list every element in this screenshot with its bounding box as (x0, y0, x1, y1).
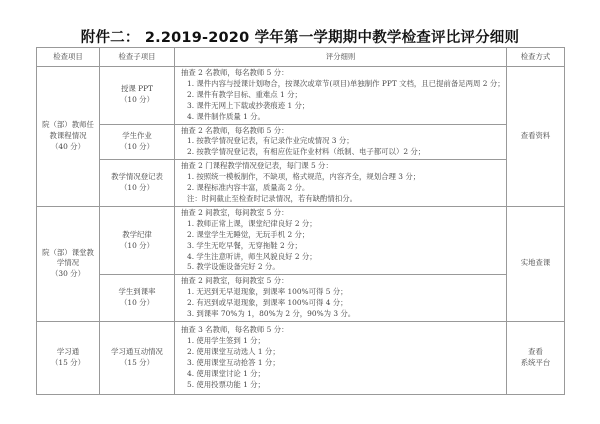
sub-item-cell: 学生到课率（10 分） (100, 275, 175, 322)
scoring-criterion: 1. 按照统一模板制作，不缺项，格式规范，内容齐全，规划合理 3 分； (181, 172, 506, 183)
check-method-text: 实地查课 (507, 258, 564, 269)
scoring-criterion: 5. 使用投票功能 1 分； (181, 380, 506, 391)
header-scoring-details: 评分细则 (175, 48, 507, 67)
scoring-table: 检查项目 检查子项目 评分细则 检查方式 院（部）教师任教课程情况（40 分）授… (36, 47, 565, 395)
scoring-criterion: 2. 课程标准内容丰富，质量高 2 分。 (181, 183, 506, 194)
check-item-text: （15 分） (37, 358, 99, 369)
check-item-text: 院（部）教师任 (37, 120, 99, 131)
scoring-criterion: 1. 使用学生签到 1 分； (181, 336, 506, 347)
header-check-item: 检查项目 (37, 48, 100, 67)
check-method-text: 查看资料 (507, 131, 564, 142)
sub-item-text: （10 分） (100, 241, 174, 252)
sub-item-text: （15 分） (100, 358, 174, 369)
check-item-text: 学情况 (37, 258, 99, 269)
scoring-criterion: 2. 课堂学生无睡觉，无玩手机 2 分； (181, 230, 506, 241)
check-item-text: 教课程情况 (37, 131, 99, 142)
check-method-text: 查看 (507, 347, 564, 358)
scoring-detail-cell: 抽查 2 名教师，每名教师 5 分：1. 按教学情况登记表，有记录作业完成情况 … (175, 124, 507, 160)
check-item-cell: 院（部）课堂教学情况（30 分） (37, 206, 100, 321)
header-check-method: 检查方式 (507, 48, 565, 67)
scoring-criterion: 4. 使用课堂讨论 1 分； (181, 369, 506, 380)
scoring-criterion: 1. 教师正常上课，课堂纪律良好 2 分； (181, 219, 506, 230)
sub-item-text: （10 分） (100, 183, 174, 194)
check-method-cell: 实地查课 (507, 206, 565, 321)
scoring-criterion: 2. 课件有教学目标、重难点 1 分； (181, 90, 506, 101)
scoring-detail-cell: 抽查 3 名教师，每名教师 5 分：1. 使用学生签到 1 分；2. 使用课堂互… (175, 321, 507, 394)
scoring-intro: 抽查 2 名教师，每名教师 5 分： (181, 126, 506, 137)
scoring-criterion: 1. 无迟到无早退现象，到课率 100%可得 5 分； (181, 287, 506, 298)
sub-item-text: 教学纪律 (100, 230, 174, 241)
table-row: 学生作业（10 分）抽查 2 名教师，每名教师 5 分：1. 按教学情况登记表，… (37, 124, 565, 160)
scoring-intro: 抽查 2 名教师，每名教师 5 分： (181, 68, 506, 79)
check-item-text: （40 分） (37, 142, 99, 153)
sub-item-text: 授课 PPT (100, 84, 174, 95)
check-item-text: 学习通 (37, 347, 99, 358)
sub-item-cell: 学习通互动情况（15 分） (100, 321, 175, 394)
scoring-criterion: 4. 学生注意听讲，师生风貌良好 2 分； (181, 252, 506, 263)
scoring-detail-cell: 抽查 2 名教师，每名教师 5 分：1. 课件内容与授课计划吻合，按课次或章节(… (175, 67, 507, 125)
scoring-intro: 抽查 2 间教室，每间教室 5 分： (181, 208, 506, 219)
sub-item-text: 教学情况登记表 (100, 172, 174, 183)
table-body: 院（部）教师任教课程情况（40 分）授课 PPT（10 分）抽查 2 名教师，每… (37, 67, 565, 395)
sub-item-text: （10 分） (100, 142, 174, 153)
sub-item-text: （10 分） (100, 298, 174, 309)
check-method-cell: 查看系统平台 (507, 321, 565, 394)
table-row: 院（部）教师任教课程情况（40 分）授课 PPT（10 分）抽查 2 名教师，每… (37, 67, 565, 125)
scoring-criterion: 3. 到课率 70%为 1，80%为 2 分，90%为 3 分。 (181, 309, 506, 320)
scoring-criterion: 2. 使用课堂互动选人 1 分； (181, 347, 506, 358)
scoring-criterion: 注：时间截止至检查时记录情况，若有缺酌情扣分。 (181, 194, 506, 205)
sub-item-text: 学习通互动情况 (100, 347, 174, 358)
scoring-criterion: 4. 课件制作质量 1 分。 (181, 112, 506, 123)
sub-item-text: （10 分） (100, 95, 174, 106)
check-item-text: （30 分） (37, 269, 99, 280)
scoring-intro: 抽查 2 间教室，每间教室 5 分： (181, 276, 506, 287)
table-header-row: 检查项目 检查子项目 评分细则 检查方式 (37, 48, 565, 67)
table-row: 教学情况登记表（10 分）抽查 2 门课程教学情况登记表，每门课 5 分：1. … (37, 160, 565, 207)
check-item-cell: 学习通（15 分） (37, 321, 100, 394)
check-item-cell: 院（部）教师任教课程情况（40 分） (37, 67, 100, 207)
sub-item-cell: 教学情况登记表（10 分） (100, 160, 175, 207)
scoring-criterion: 3. 课件无网上下载或抄袭痕迹 1 分； (181, 101, 506, 112)
header-sub-item: 检查子项目 (100, 48, 175, 67)
scoring-criterion: 1. 按教学情况登记表，有记录作业完成情况 3 分； (181, 136, 506, 147)
scoring-criterion: 2. 有迟到或早退现象，到课率 100%可得 4 分； (181, 298, 506, 309)
scoring-criterion: 1. 课件内容与授课计划吻合，按课次或章节(项目)单独制作 PPT 文档，且已提… (181, 79, 506, 90)
table-row: 学生到课率（10 分）抽查 2 间教室，每间教室 5 分：1. 无迟到无早退现象… (37, 275, 565, 322)
sub-item-cell: 教学纪律（10 分） (100, 206, 175, 274)
scoring-detail-cell: 抽查 2 门课程教学情况登记表，每门课 5 分：1. 按照统一模板制作，不缺项，… (175, 160, 507, 207)
scoring-detail-cell: 抽查 2 间教室，每间教室 5 分：1. 教师正常上课，课堂纪律良好 2 分；2… (175, 206, 507, 274)
scoring-intro: 抽查 3 名教师，每名教师 5 分： (181, 325, 506, 336)
sub-item-text: 学生到课率 (100, 287, 174, 298)
document-title: 附件二： 2.2019-2020 学年第一学期期中教学检查评比评分细则 (0, 26, 600, 47)
scoring-criterion: 2. 按教学情况登记表，有相应佐证作业材料（纸制、电子都可以）2 分； (181, 147, 506, 158)
scoring-criterion: 5. 教学设施设备完好 2 分。 (181, 262, 506, 273)
table-row: 院（部）课堂教学情况（30 分）教学纪律（10 分）抽查 2 间教室，每间教室 … (37, 206, 565, 274)
scoring-criterion: 3. 学生无吃早餐，无穿拖鞋 2 分； (181, 241, 506, 252)
scoring-detail-cell: 抽查 2 间教室，每间教室 5 分：1. 无迟到无早退现象，到课率 100%可得… (175, 275, 507, 322)
scoring-criterion: 3. 使用课堂互动抢答 1 分； (181, 358, 506, 369)
check-method-text: 系统平台 (507, 358, 564, 369)
sub-item-cell: 授课 PPT（10 分） (100, 67, 175, 125)
sub-item-text: 学生作业 (100, 131, 174, 142)
table-row: 学习通（15 分）学习通互动情况（15 分）抽查 3 名教师，每名教师 5 分：… (37, 321, 565, 394)
check-method-cell: 查看资料 (507, 67, 565, 207)
scoring-intro: 抽查 2 门课程教学情况登记表，每门课 5 分： (181, 161, 506, 172)
sub-item-cell: 学生作业（10 分） (100, 124, 175, 160)
check-item-text: 院（部）课堂教 (37, 248, 99, 259)
